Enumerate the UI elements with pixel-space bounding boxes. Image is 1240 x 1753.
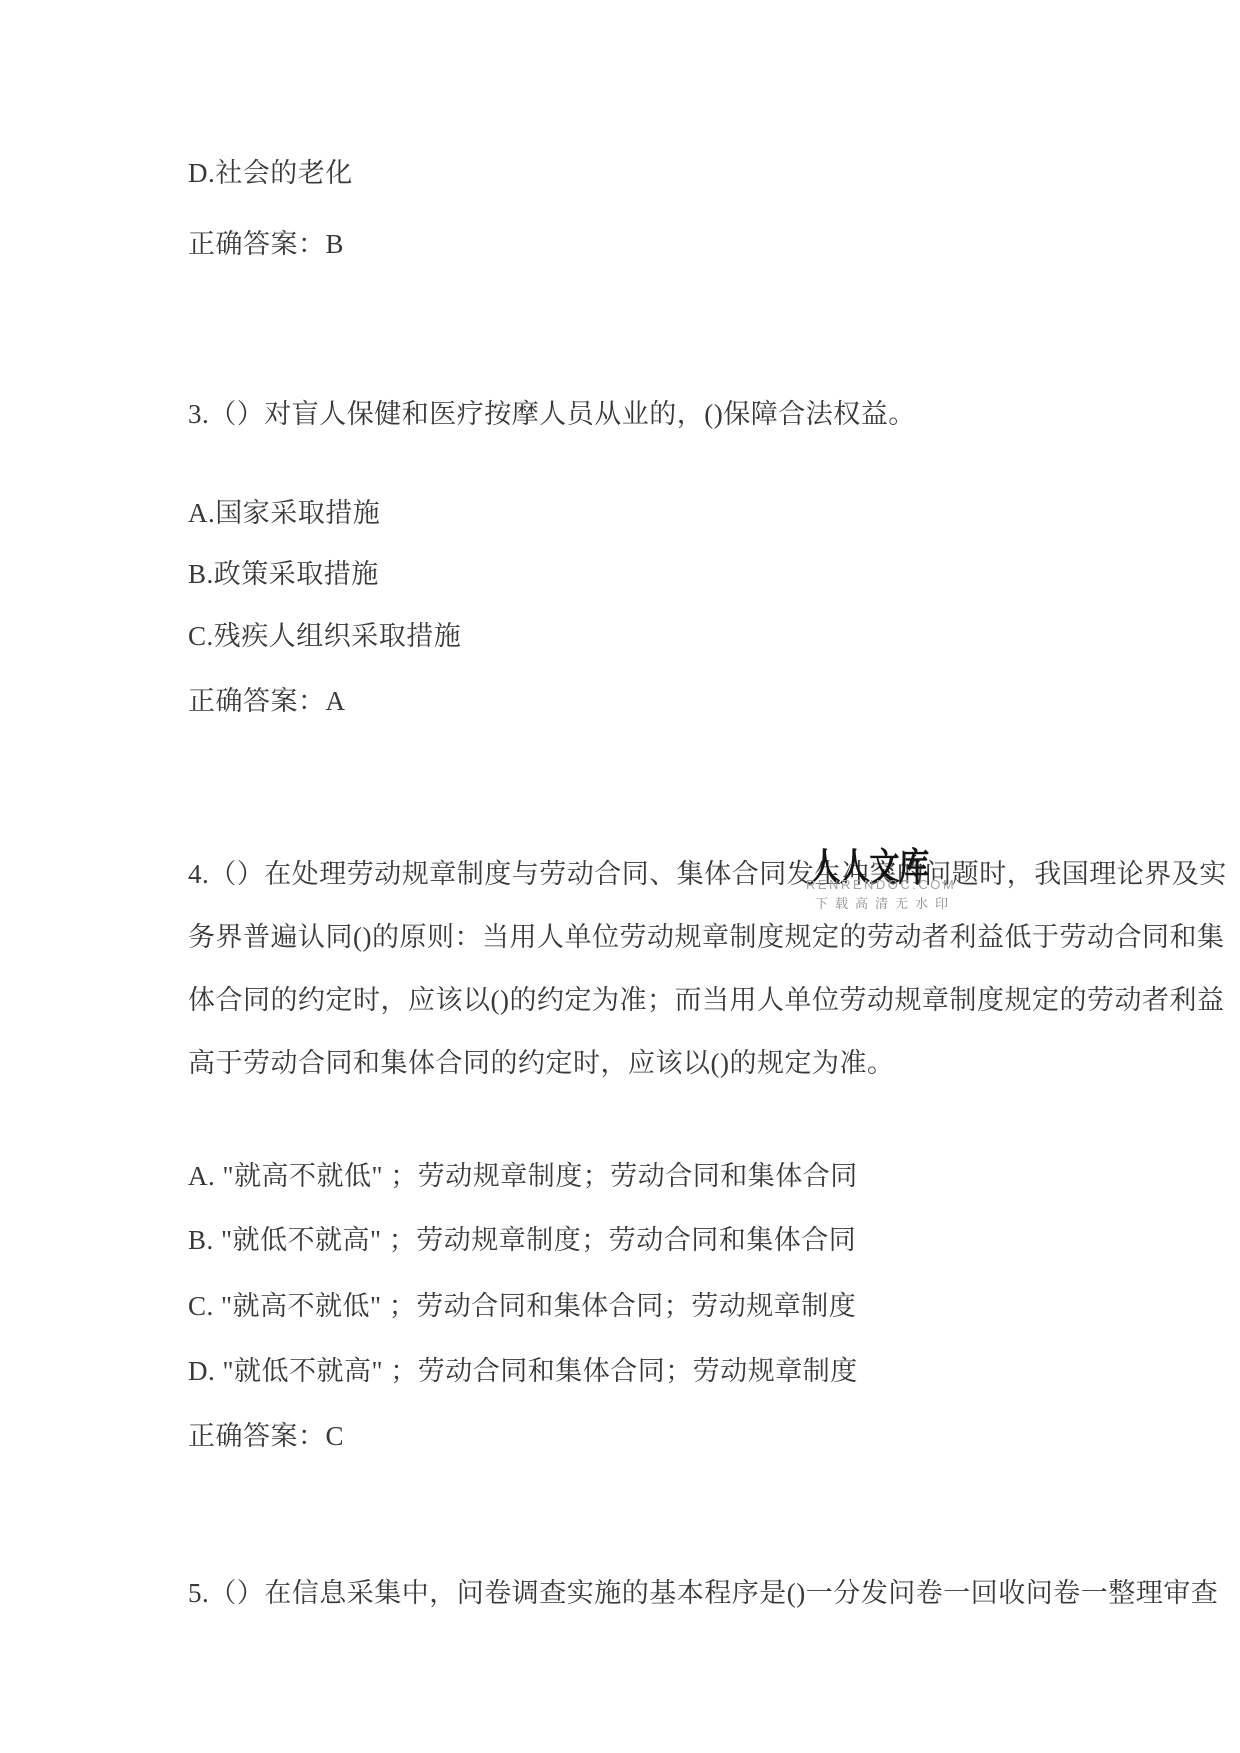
q3-option-b: B.政策采取措施	[188, 558, 379, 590]
q4-answer: 正确答案：C	[188, 1420, 344, 1452]
document-page: D.社会的老化 正确答案：B 3.（）对盲人保健和医疗按摩人员从业的，()保障合…	[0, 0, 1240, 1753]
q3-question-text: 3.（）对盲人保健和医疗按摩人员从业的，()保障合法权益。	[188, 398, 916, 430]
q4-question-line-2: 务界普遍认同()的原则：当用人单位劳动规章制度规定的劳动者利益低于劳动合同和集	[188, 921, 1224, 953]
q3-option-a: A.国家采取措施	[188, 497, 380, 529]
q3-answer: 正确答案：A	[188, 685, 346, 717]
q5-question-text: 5.（）在信息采集中，问卷调查实施的基本程序是()一分发问卷一回收问卷一整理审查	[188, 1577, 1218, 1609]
q4-option-d: D. "就低不就高" ；劳动合同和集体合同；劳动规章制度	[188, 1355, 858, 1387]
watermark-tagline-text: 下载高清无水印	[815, 893, 955, 912]
q2-option-d: D.社会的老化	[188, 157, 353, 189]
q4-option-a: A. "就高不就低" ；劳动规章制度；劳动合同和集体合同	[188, 1160, 858, 1192]
q4-question-line-1: 4.（）在处理劳动规章制度与劳动合同、集体合同发生冲突的问题时，我国理论界及实	[188, 858, 1227, 890]
q4-option-b: B. "就低不就高" ；劳动规章制度；劳动合同和集体合同	[188, 1224, 856, 1256]
q3-option-c: C.残疾人组织采取措施	[188, 620, 461, 652]
q4-option-c: C. "就高不就低" ；劳动合同和集体合同；劳动规章制度	[188, 1290, 856, 1322]
q4-question-line-3: 体合同的约定时，应该以()的约定为准；而当用人单位劳动规章制度规定的劳动者利益	[188, 984, 1224, 1016]
q4-question-line-4: 高于劳动合同和集体合同的约定时，应该以()的规定为准。	[188, 1047, 894, 1079]
q2-answer: 正确答案：B	[188, 228, 344, 260]
